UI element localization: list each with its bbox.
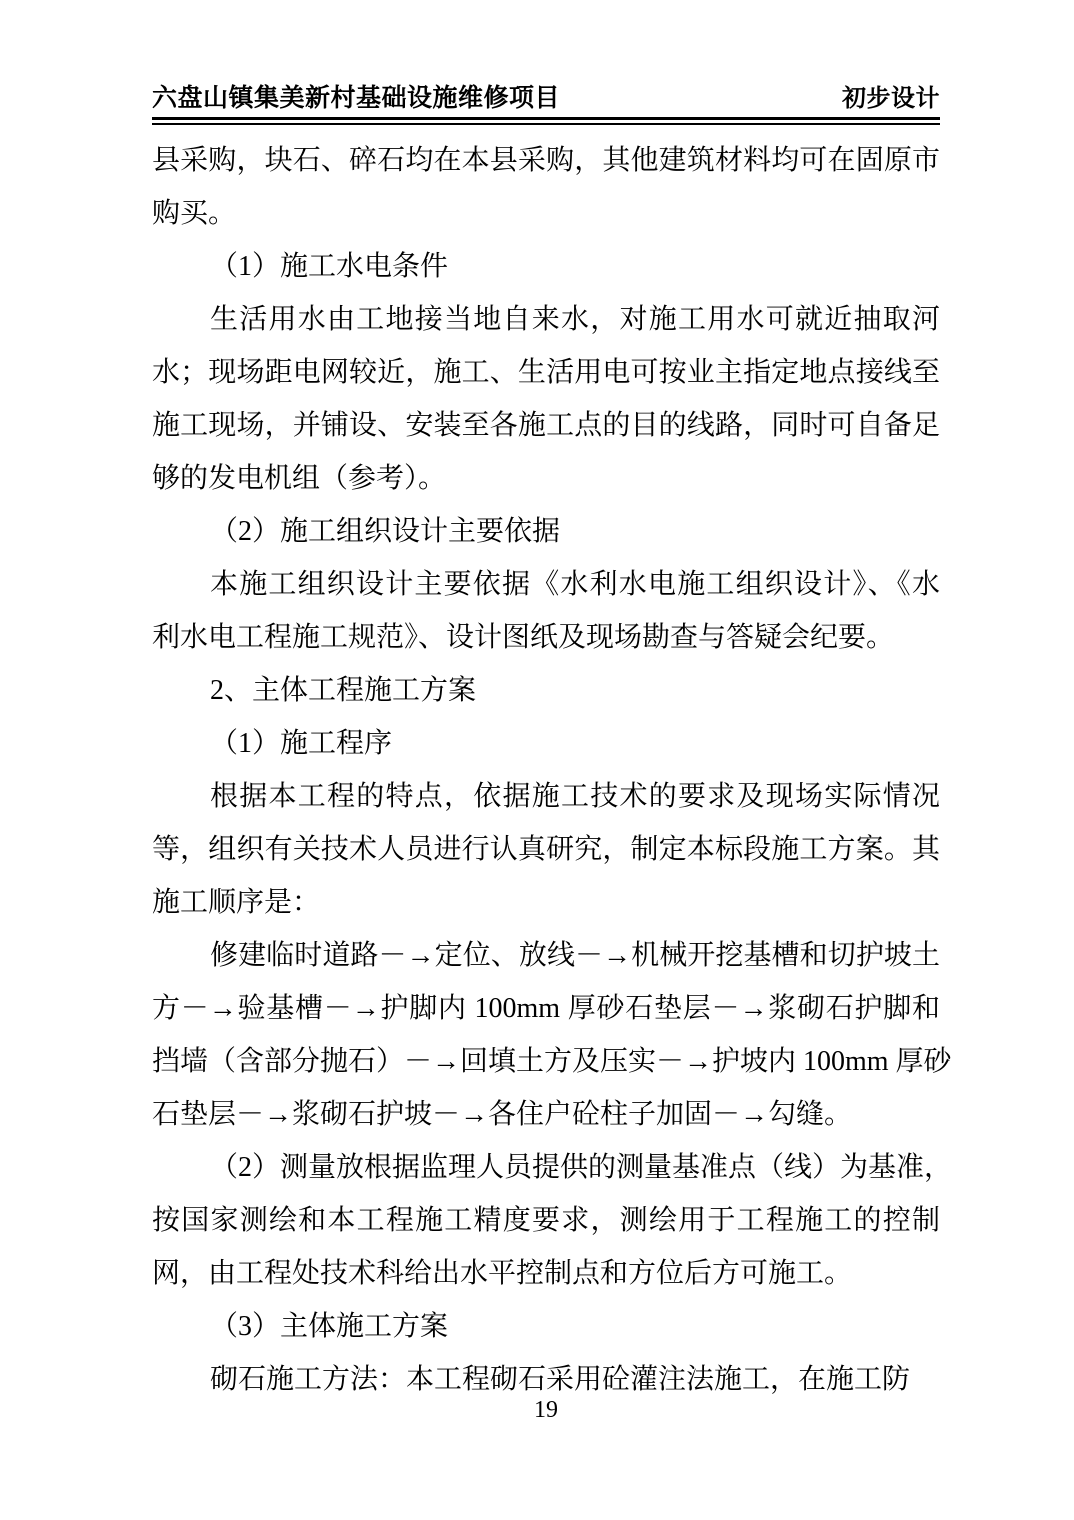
paragraph: 本施工组织设计主要依据《水利水电施工组织设计》、《水利水电工程施工规范》、设计图… (152, 558, 940, 664)
text-line: 够的发电机组（参考）。 (152, 452, 940, 505)
text-line: 施工现场，并铺设、安装至各施工点的目的线路，同时可自备足 (152, 399, 940, 452)
paragraph: 县采购，块石、碎石均在本县采购，其他建筑材料均可在固原市购买。 (152, 134, 940, 240)
text-line: 水；现场距电网较近，施工、生活用电可按业主指定地点接线至 (152, 346, 940, 399)
document-page: 六盘山镇集美新村基础设施维修项目 初步设计 县采购，块石、碎石均在本县采购，其他… (0, 0, 1074, 1520)
paragraph: 生活用水由工地接当地自来水，对施工用水可就近抽取河水；现场距电网较近，施工、生活… (152, 293, 940, 505)
paragraph: 修建临时道路－→定位、放线－→机械开挖基槽和切护坡土方－→验基槽－→护脚内 10… (152, 929, 940, 1141)
document-body: 县采购，块石、碎石均在本县采购，其他建筑材料均可在固原市购买。（1）施工水电条件… (152, 134, 940, 1406)
text-line: 石垫层－→浆砌石护坡－→各住户砼柱子加固－→勾缝。 (152, 1088, 940, 1141)
header-double-rule (152, 117, 940, 125)
paragraph: （2）施工组织设计主要依据 (152, 505, 940, 558)
header-rule-thin-line (152, 123, 940, 125)
paragraph: 根据本工程的特点，依据施工技术的要求及现场实际情况等，组织有关技术人员进行认真研… (152, 770, 940, 929)
text-line: 根据本工程的特点，依据施工技术的要求及现场实际情况 (152, 770, 940, 823)
text-line: 等，组织有关技术人员进行认真研究，制定本标段施工方案。其 (152, 823, 940, 876)
paragraph: （3）主体施工方案 (152, 1300, 940, 1353)
text-line: 修建临时道路－→定位、放线－→机械开挖基槽和切护坡土 (152, 929, 940, 982)
text-line: 施工顺序是： (152, 876, 940, 929)
paragraph: （1）施工程序 (152, 717, 940, 770)
text-line: （1）施工程序 (152, 717, 940, 770)
paragraph: （2）测量放根据监理人员提供的测量基准点（线）为基准，按国家测绘和本工程施工精度… (152, 1141, 940, 1300)
text-line: 县采购，块石、碎石均在本县采购，其他建筑材料均可在固原市 (152, 134, 940, 187)
text-line: 购买。 (152, 187, 940, 240)
paragraph: 2、主体工程施工方案 (152, 664, 940, 717)
text-line: 网，由工程处技术科给出水平控制点和方位后方可施工。 (152, 1247, 940, 1300)
page-header: 六盘山镇集美新村基础设施维修项目 初步设计 (152, 84, 940, 125)
text-line: 方－→验基槽－→护脚内 100mm 厚砂石垫层－→浆砌石护脚和 (152, 982, 940, 1035)
page-number: 19 (534, 1397, 558, 1423)
text-line: （2）施工组织设计主要依据 (152, 505, 940, 558)
header-stage-label: 初步设计 (842, 84, 940, 114)
header-project-title: 六盘山镇集美新村基础设施维修项目 (152, 84, 560, 114)
text-line: 2、主体工程施工方案 (152, 664, 940, 717)
text-line: 按国家测绘和本工程施工精度要求，测绘用于工程施工的控制 (152, 1194, 940, 1247)
text-line: （1）施工水电条件 (152, 240, 940, 293)
text-line: 生活用水由工地接当地自来水，对施工用水可就近抽取河 (152, 293, 940, 346)
paragraph: （1）施工水电条件 (152, 240, 940, 293)
text-line: 利水电工程施工规范》、设计图纸及现场勘查与答疑会纪要。 (152, 611, 940, 664)
text-line: 本施工组织设计主要依据《水利水电施工组织设计》、《水 (152, 558, 940, 611)
text-line: （2）测量放根据监理人员提供的测量基准点（线）为基准， (152, 1141, 940, 1194)
page-footer: 19 (152, 1396, 940, 1424)
text-line: 挡墙（含部分抛石）－→回填土方及压实－→护坡内 100mm 厚砂 (152, 1035, 940, 1088)
text-line: （3）主体施工方案 (152, 1300, 940, 1353)
